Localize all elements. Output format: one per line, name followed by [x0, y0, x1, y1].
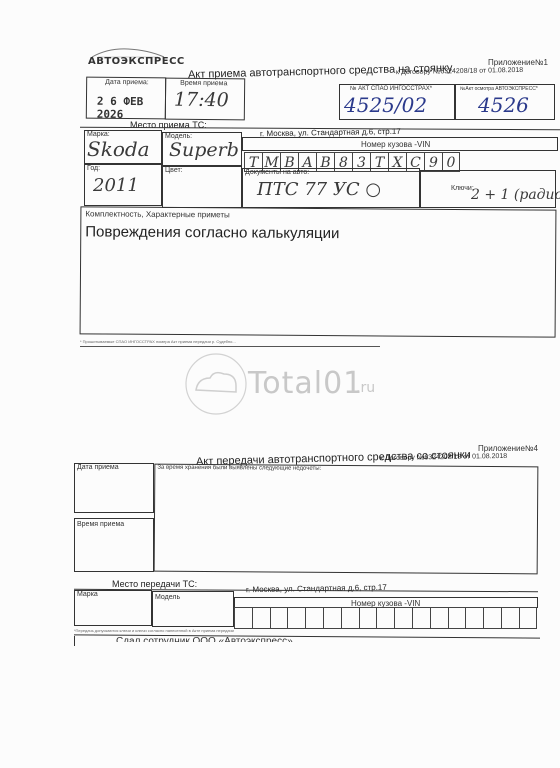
time-value: 17:40: [174, 89, 229, 112]
vin-cell: [412, 607, 430, 629]
documents-value: ПТС 77 УС ○: [257, 179, 381, 200]
documents-label: Документы на авто:: [245, 169, 309, 176]
vin-cell: [270, 607, 288, 629]
defects-label: За время хранения были выявлены следующи…: [157, 465, 321, 472]
brand4-field: Марка: [74, 590, 152, 626]
act-number-value: 4525/02: [344, 93, 427, 117]
time4-label: Время приема: [77, 521, 124, 528]
brand-value: Skoda: [87, 137, 150, 161]
vin-cell: 0: [442, 152, 460, 172]
watermark-logo-icon: [184, 352, 248, 416]
vin-header: Номер кузова -VIN: [242, 137, 558, 151]
vin-cell: [376, 607, 394, 629]
year-label: Год:: [87, 165, 100, 172]
model4-field: Модель: [152, 591, 234, 627]
watermark-text: Total01: [248, 366, 363, 401]
vin-cell: [341, 607, 359, 629]
vin-cell: [519, 607, 537, 629]
completeness-label: Комплектность, Характерные приметы: [85, 209, 229, 219]
completeness-value: Повреждения согласно калькуляции: [85, 223, 339, 242]
place-label: Место приема ТС:: [130, 120, 207, 130]
vin-cell: 9: [424, 152, 442, 172]
vin-cell: [305, 607, 323, 629]
year-field: Год: 2011: [84, 164, 162, 206]
brand4-label: Марка: [77, 591, 98, 598]
autoexpress-logo: АВТОЭКСПРЕСС: [88, 46, 168, 70]
vin-cell: [234, 607, 252, 629]
place4-label: Место передачи ТС:: [112, 579, 197, 589]
place4-value: г. Москва, ул. Стандартная д.6, стр.17: [246, 583, 387, 594]
act1-footnote: * Прошитываемые СПАО ИНГОССТРАХ номера А…: [80, 339, 236, 344]
keys-value: 2 + 1 (радио): [471, 187, 560, 203]
act-number-label: № АКТ СПАО ИНГОССТРАХ*: [350, 86, 432, 92]
model4-label: Модель: [155, 594, 180, 601]
documents-field: Документы на авто: ПТС 77 УС ○: [242, 168, 420, 208]
appendix-label: Приложение№1: [488, 58, 548, 67]
inspection-number-label: №Акт осмотра АВТОЭКСПРЕСС*: [460, 86, 538, 92]
vin-cell: [448, 607, 466, 629]
logo-text: АВТОЭКСПРЕСС: [88, 56, 185, 67]
color-label: Цвет:: [165, 167, 183, 174]
color-field: Цвет:: [162, 166, 242, 208]
act4-footnote: *Передачь допускаются ключи и ключи согл…: [74, 628, 234, 633]
watermark: Total01 .ru: [184, 352, 404, 418]
keys-field: Ключи: 2 + 1 (радио): [420, 170, 556, 208]
date4-field: Дата приема: [74, 463, 154, 513]
scanned-document: АВТОЭКСПРЕСС Приложение№1 к Договору №63…: [0, 0, 560, 768]
completeness-field: Комплектность, Характерные приметы Повре…: [80, 206, 557, 337]
inspection-number-field: №Акт осмотра АВТОЭКСПРЕСС* 4526: [455, 84, 555, 120]
vin4-cells: [234, 607, 537, 629]
appendix4-label: Приложение№4: [478, 444, 538, 453]
model-field: Модель: Superb: [162, 132, 242, 166]
brand-field: Марка: Skoda: [84, 130, 162, 164]
vin-cell: [287, 607, 305, 629]
vin-cell: [359, 607, 377, 629]
vin-cell: [483, 607, 501, 629]
vin-cell: [323, 607, 341, 629]
vin-cell: [430, 607, 448, 629]
date-stamp: 2 6 ФЕВ 2026: [97, 95, 165, 122]
vin-cell: [501, 607, 519, 629]
vin-label: Номер кузова -VIN: [361, 140, 430, 149]
date-field: Дата приема: 2 6 ФЕВ 2026: [86, 77, 166, 120]
model-value: Superb: [169, 139, 239, 161]
date-label: Дата приема:: [105, 79, 149, 86]
inspection-number-value: 4526: [478, 93, 529, 117]
watermark-suffix: .ru: [356, 380, 375, 396]
time-field: Время приема 17:40: [165, 78, 245, 121]
next-section-title: Сдал сотрудник ООО «Автоэкспресс»: [116, 636, 293, 647]
vin-cell: [252, 607, 270, 629]
date4-label: Дата приема: [77, 464, 119, 471]
act-number-field: № АКТ СПАО ИНГОССТРАХ* 4525/02: [339, 84, 455, 120]
time4-field: Время приема: [74, 518, 154, 572]
year-value: 2011: [93, 175, 139, 196]
vin-cell: [394, 607, 412, 629]
vin-cell: [465, 607, 483, 629]
time-label: Время приема: [180, 80, 227, 88]
defects-field: За время хранения были выявлены следующи…: [154, 464, 539, 575]
